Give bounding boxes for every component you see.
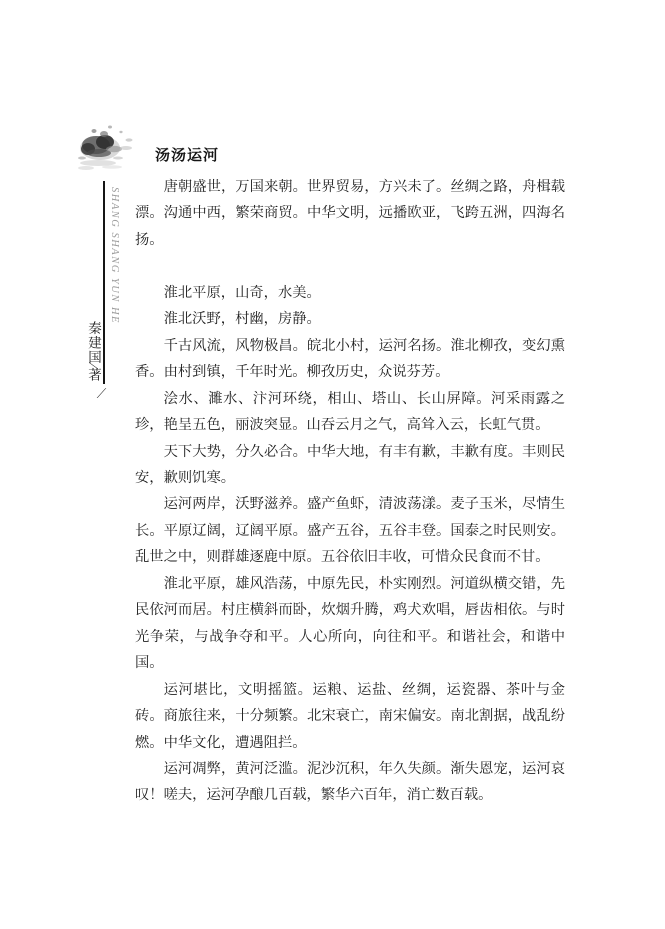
series-name-vertical: SHANG SHANG YUN HE (109, 187, 120, 347)
paragraph: 淮北平原，山奇，水美。 (135, 280, 565, 306)
book-page: 汤汤运河 SHANG SHANG YUN HE 秦建国∕著 ∕ 唐朝盛世，万国来… (0, 0, 665, 929)
page-title: 汤汤运河 (155, 144, 219, 165)
author-name: 秦建国∕著 (83, 321, 103, 382)
body-text: 唐朝盛世，万国来朝。世界贸易，方兴未了。丝绸之路，舟楫载漂。沟通中西，繁荣商贸。… (135, 174, 565, 809)
paragraph: 天下大势，分久必合。中华大地，有丰有歉，丰歉有度。丰则民安，歉则饥寒。 (135, 439, 565, 492)
paragraph: 唐朝盛世，万国来朝。世界贸易，方兴未了。丝绸之路，舟楫载漂。沟通中西，繁荣商贸。… (135, 174, 565, 253)
paragraph: 淮北平原，雄风浩荡，中原先民，朴实刚烈。河道纵横交错，先民依河而居。村庄横斜而卧… (135, 571, 565, 677)
paragraph: 运河两岸，沃野滋养。盛产鱼虾，清波荡漾。麦子玉米，尽情生长。平原辽阔，辽阔平原。… (135, 491, 565, 570)
paragraph: 浍水、濉水、汴河环绕，相山、塔山、长山屏障。河采雨露之珍，艳呈五色，丽波突显。山… (135, 386, 565, 439)
paragraph: 千古风流，风物极昌。皖北小村，运河名扬。淮北柳孜，变幻熏香。由村到镇，千年时光。… (135, 333, 565, 386)
paragraph: 淮北沃野，村幽，房静。 (135, 306, 565, 332)
paragraph: 运河堪比，文明摇篮。运粮、运盐、丝绸，运瓷器、茶叶与金砖。商旅往来，十分频繁。北… (135, 677, 565, 756)
ink-wash-vignette-icon (74, 118, 150, 178)
paragraph-gap (135, 253, 565, 279)
paragraph: 运河凋弊，黄河泛滥。泥沙沉积，年久失颜。渐失恩宠，运河哀叹！嗟夫，运河孕酿几百载… (135, 756, 565, 809)
slash-mark: ∕ (99, 386, 105, 403)
spine-rule (103, 181, 105, 384)
